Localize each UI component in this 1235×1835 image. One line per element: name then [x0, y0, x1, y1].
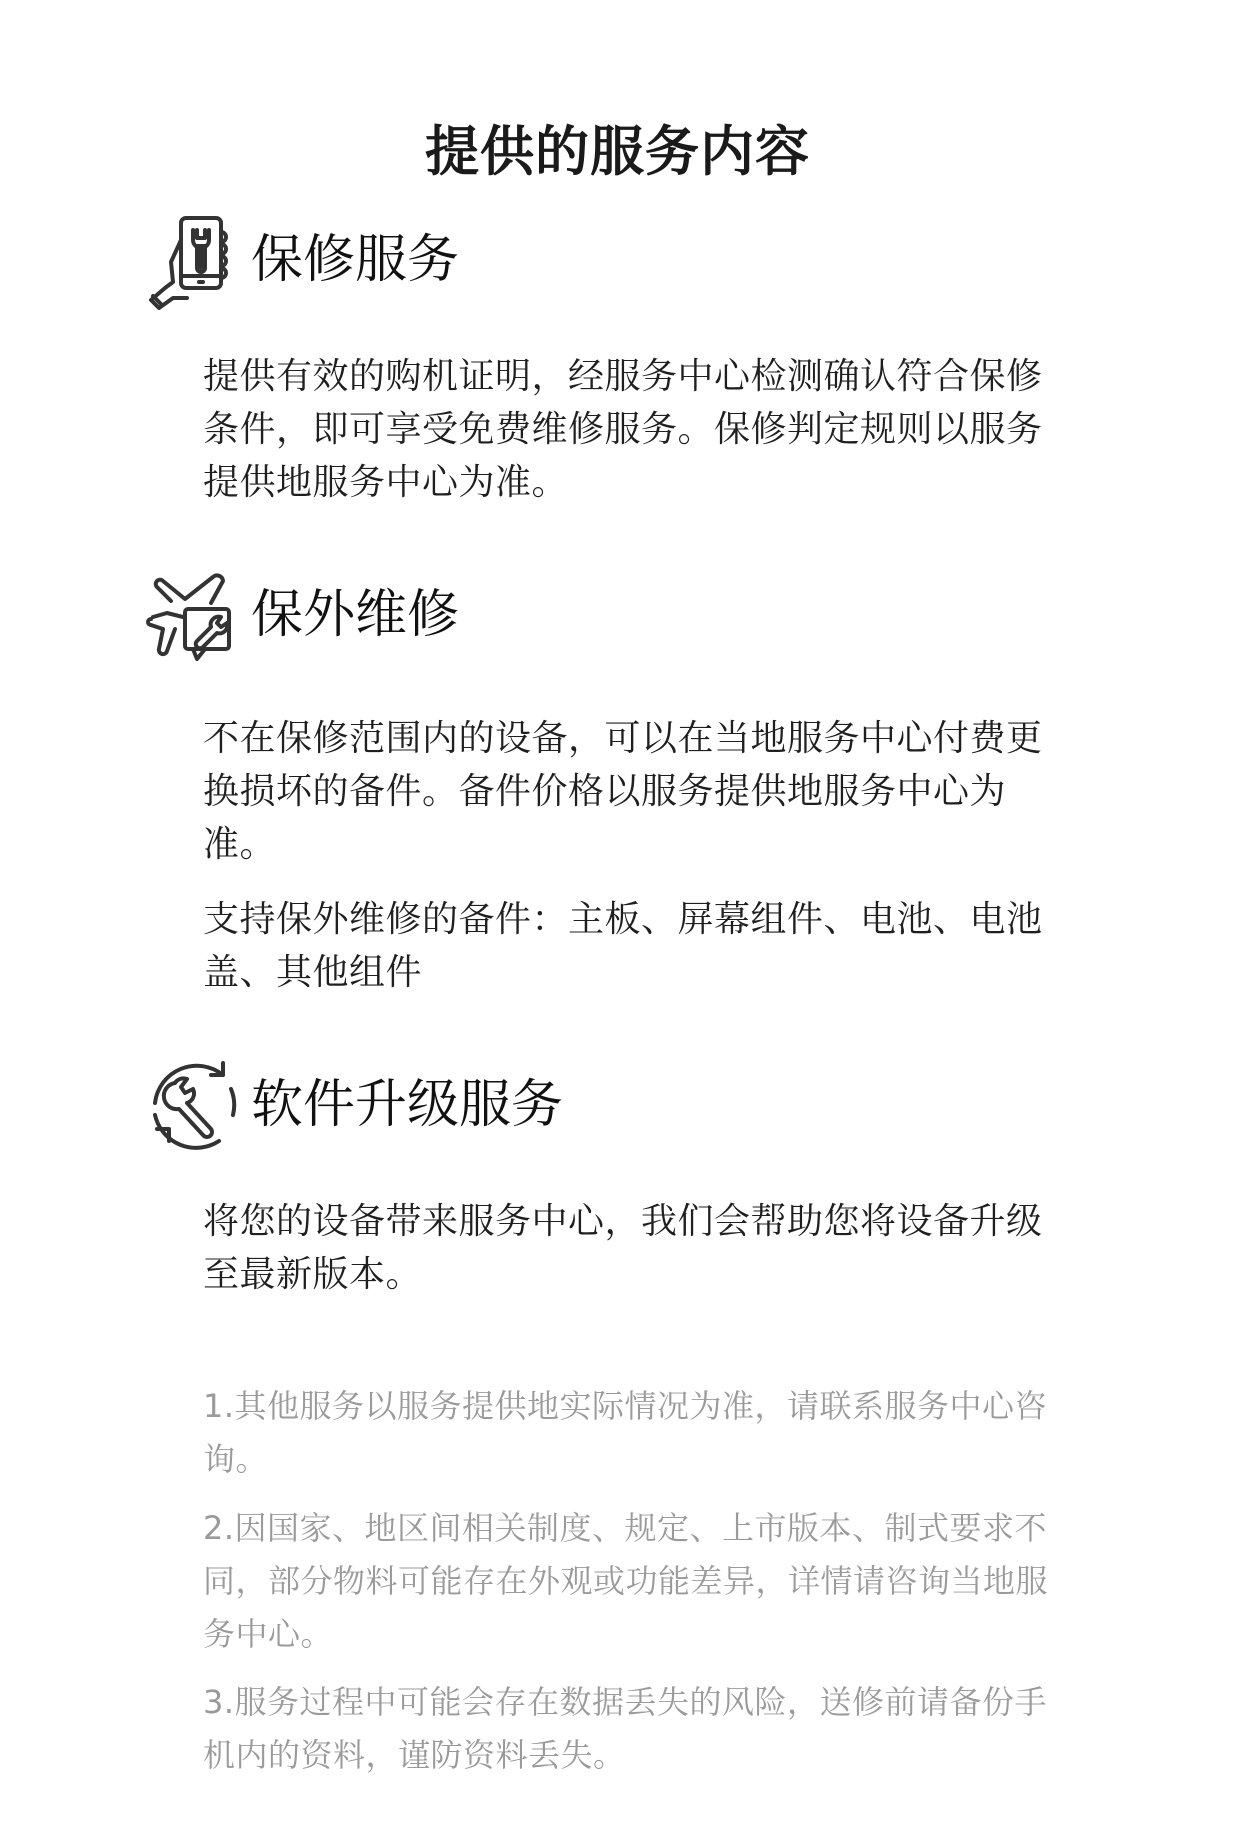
hand-holding-phone-wrench-icon [145, 210, 245, 310]
section-paragraph: 将您的设备带来服务中心，我们会帮助您将设备升级至最新版本。 [203, 1195, 1053, 1301]
airplane-wrench-chat-icon [145, 565, 245, 665]
section-header-out-of-warranty: 保外维修 [145, 565, 459, 665]
note-item: 2.因国家、地区间相关制度、规定、上市版本、制式要求不同，部分物料可能存在外观或… [203, 1502, 1053, 1661]
section-title: 保外维修 [251, 583, 459, 647]
section-paragraph: 提供有效的购机证明，经服务中心检测确认符合保修条件，即可享受免费维修服务。保修判… [203, 350, 1053, 509]
section-header-warranty: 保修服务 [145, 210, 459, 310]
section-header-software-upgrade: 软件升级服务 [145, 1055, 563, 1155]
wrench-refresh-icon [145, 1055, 245, 1155]
section-title: 保修服务 [251, 228, 459, 292]
page-title: 提供的服务内容 [0, 116, 1235, 188]
section-paragraph: 支持保外维修的备件：主板、屏幕组件、电池、电池盖、其他组件 [203, 893, 1053, 999]
section-title: 软件升级服务 [251, 1073, 563, 1137]
note-item: 3.服务过程中可能会存在数据丢失的风险，送修前请备份手机内的资料，谨防资料丢失。 [203, 1676, 1053, 1782]
section-paragraph: 不在保修范围内的设备，可以在当地服务中心付费更换损坏的备件。备件价格以服务提供地… [203, 712, 1053, 871]
note-item: 1.其他服务以服务提供地实际情况为准，请联系服务中心咨询。 [203, 1380, 1053, 1486]
